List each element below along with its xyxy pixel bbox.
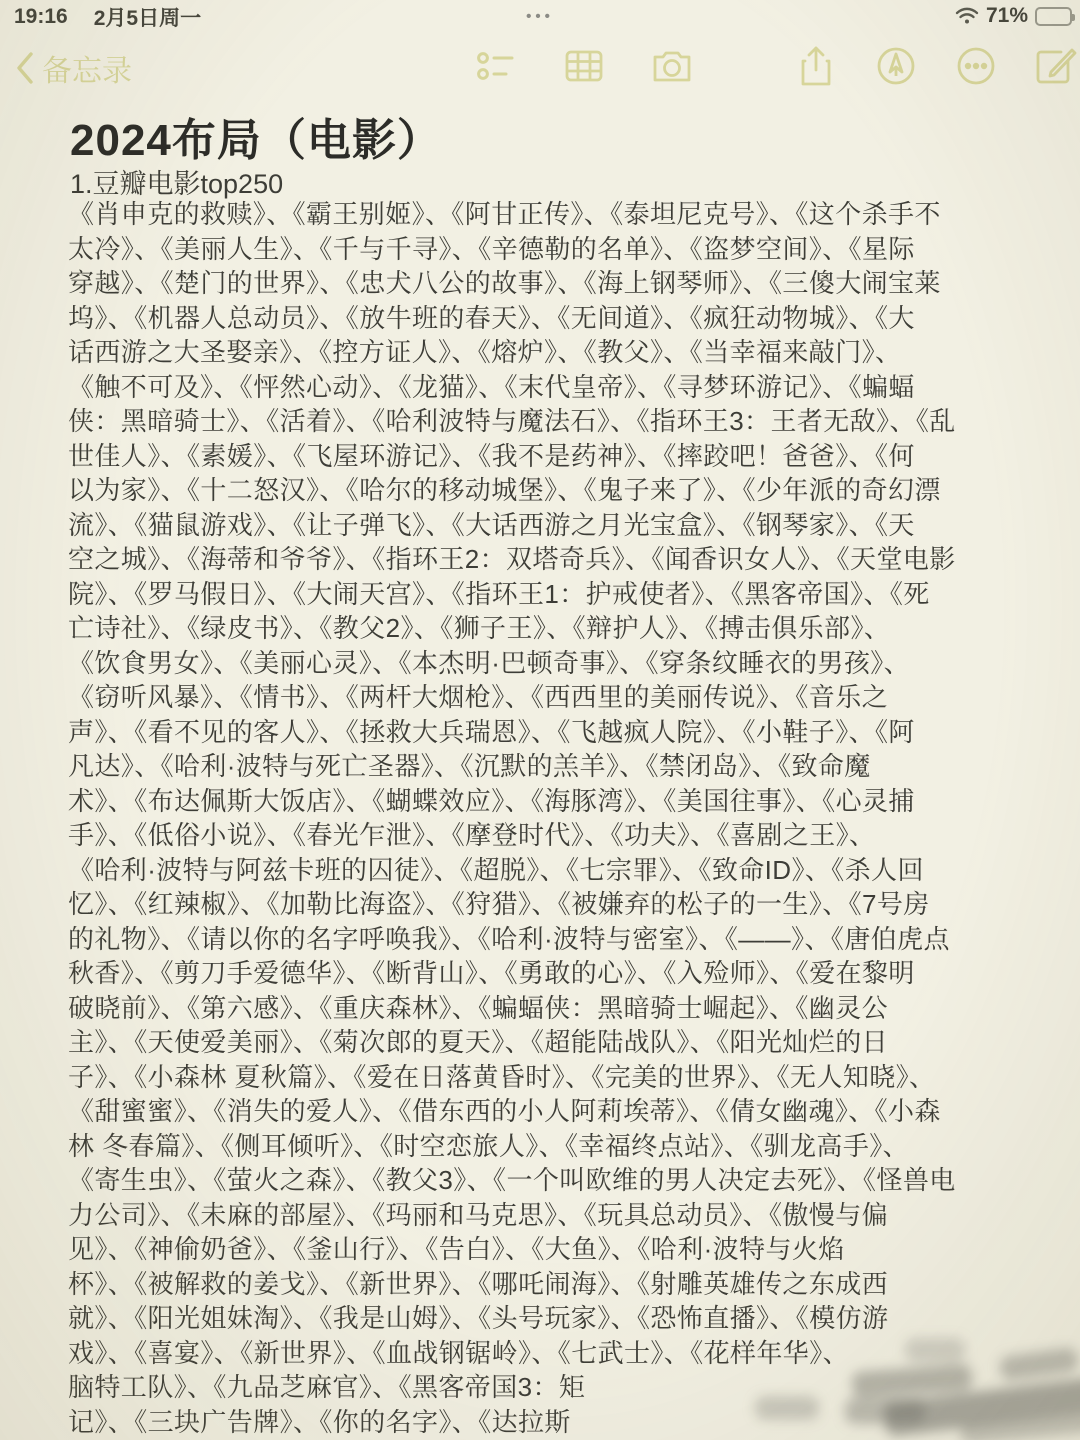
note-line: 凡达》、《哈利·波特与死亡圣器》、《沉默的羔羊》、《禁闭岛》、《致命魔	[68, 749, 1048, 784]
note-line: 院》、《罗马假日》、《大闹天宫》、《指环王1：护戒使者》、《黑客帝国》、《死	[68, 577, 1048, 612]
note-line: 《触不可及》、《怦然心动》、《龙猫》、《末代皇帝》、《寻梦环游记》、《蝙蝠	[68, 370, 1048, 405]
markup-icon	[875, 45, 917, 87]
note-line: 坞》、《机器人总动员》、《放牛班的春天》、《无间道》、《疯狂动物城》、《大	[68, 301, 1048, 336]
note-line: 破晓前》、《第六感》、《重庆森林》、《蝙蝠侠：黑暗骑士崛起》、《幽灵公	[68, 991, 1048, 1026]
more-icon	[955, 45, 997, 87]
note-line: 杯》、《被解救的姜戈》、《新世界》、《哪吒闹海》、《射雕英雄传之东成西	[68, 1267, 1048, 1302]
camera-button[interactable]	[650, 44, 694, 88]
note-line: 《哈利·波特与阿兹卡班的囚徒》、《超脱》、《七宗罪》、《致命ID》、《杀人回	[68, 853, 1048, 888]
status-date: 2月5日周一	[94, 2, 201, 32]
back-label: 备忘录	[42, 46, 132, 90]
note-editor[interactable]: 2024布局（电影） 1.豆瓣电影top250 《肖申克的救赎》、《霸王别姬》、…	[0, 96, 1080, 1440]
note-line: 穿越》、《楚门的世界》、《忠犬八公的故事》、《海上钢琴师》、《三傻大闹宝莱	[68, 266, 1048, 301]
table-icon	[564, 48, 604, 84]
back-button[interactable]: 备忘录	[16, 46, 132, 90]
note-line: 世佳人》、《素媛》、《飞屋环游记》、《我不是药神》、《摔跤吧！爸爸》、《何	[68, 439, 1048, 474]
note-line: 《窃听风暴》、《情书》、《两杆大烟枪》、《西西里的美丽传说》、《音乐之	[68, 680, 1048, 715]
note-line: 以为家》、《十二怒汉》、《哈尔的移动城堡》、《鬼子来了》、《少年派的奇幻漂	[68, 473, 1048, 508]
note-line: 就》、《阳光姐妹淘》、《我是山姆》、《头号玩家》、《恐怖直播》、《模仿游	[68, 1301, 1048, 1336]
note-subtitle: 1.豆瓣电影top250	[70, 162, 283, 201]
note-line: 的礼物》、《请以你的名字呼唤我》、《哈利·波特与密室》、《——》、《唐伯虎点	[68, 922, 1048, 957]
note-line: 侠：黑暗骑士》、《活着》、《哈利波特与魔法石》、《指环王3：王者无敌》、《乱	[68, 404, 1048, 439]
note-body: 《肖申克的救赎》、《霸王别姬》、《阿甘正传》、《泰坦尼克号》、《这个杀手不太冷》…	[68, 197, 1048, 1439]
checklist-icon	[476, 48, 516, 84]
wifi-icon	[955, 7, 979, 25]
compose-button[interactable]	[1034, 44, 1078, 88]
note-line: 话西游之大圣娶亲》、《控方证人》、《熔炉》、《教父》、《当幸福来敲门》、	[68, 335, 1048, 370]
battery-icon	[1035, 7, 1072, 26]
note-line: 林 冬春篇》、《侧耳倾听》、《时空恋旅人》、《幸福终点站》、《驯龙高手》、	[68, 1129, 1048, 1164]
note-line: 脑特工队》、《九品芝麻官》、《黑客帝国3：矩	[68, 1370, 1048, 1405]
note-line: 《甜蜜蜜》、《消失的爱人》、《借东西的小人阿莉埃蒂》、《倩女幽魂》、《小森	[68, 1094, 1048, 1129]
note-line: 见》、《神偷奶爸》、《釜山行》、《告白》、《大鱼》、《哈利·波特与火焰	[68, 1232, 1048, 1267]
note-line: 《寄生虫》、《萤火之森》、《教父3》、《一个叫欧维的男人决定去死》、《怪兽电	[68, 1163, 1048, 1198]
note-line: 主》、《天使爱美丽》、《菊次郎的夏天》、《超能陆战队》、《阳光灿烂的日	[68, 1025, 1048, 1060]
more-button[interactable]	[954, 44, 998, 88]
note-title: 2024布局（电影）	[70, 104, 442, 168]
note-line: 术》、《布达佩斯大饭店》、《蝴蝶效应》、《海豚湾》、《美国往事》、《心灵捕	[68, 784, 1048, 819]
share-button[interactable]	[794, 44, 838, 88]
note-line: 忆》、《红辣椒》、《加勒比海盗》、《狩猎》、《被嫌弃的松子的一生》、《7号房	[68, 887, 1048, 922]
share-icon	[799, 46, 833, 86]
note-line: 流》、《猫鼠游戏》、《让子弹飞》、《大话西游之月光宝盒》、《钢琴家》、《天	[68, 508, 1048, 543]
note-line: 亡诗社》、《绿皮书》、《教父2》、《狮子王》、《辩护人》、《搏击俱乐部》、	[68, 611, 1048, 646]
status-time: 19:16	[14, 5, 68, 29]
note-line: 手》、《低俗小说》、《春光乍泄》、《摩登时代》、《功夫》、《喜剧之王》、	[68, 818, 1048, 853]
checklist-button[interactable]	[474, 44, 518, 88]
note-line: 力公司》、《未麻的部屋》、《玛丽和马克思》、《玩具总动员》、《傲慢与偏	[68, 1198, 1048, 1233]
note-line: 《饮食男女》、《美丽心灵》、《本杰明·巴顿奇事》、《穿条纹睡衣的男孩》、	[68, 646, 1048, 681]
note-line: 子》、《小森林 夏秋篇》、《爱在日落黄昏时》、《完美的世界》、《无人知晓》、	[68, 1060, 1048, 1095]
status-bar: 19:16 2月5日周一 ••• 71%	[0, 0, 1080, 30]
table-button[interactable]	[562, 44, 606, 88]
note-line: 声》、《看不见的客人》、《拯救大兵瑞恩》、《飞越疯人院》、《小鞋子》、《阿	[68, 715, 1048, 750]
note-line: 记》、《三块广告牌》、《你的名字》、《达拉斯	[68, 1405, 1048, 1440]
note-line: 戏》、《喜宴》、《新世界》、《血战钢锯岭》、《七武士》、《花样年华》、	[68, 1336, 1048, 1371]
note-line: 空之城》、《海蒂和爷爷》、《指环王2：双塔奇兵》、《闻香识女人》、《天堂电影	[68, 542, 1048, 577]
camera-icon	[651, 48, 693, 84]
note-line: 秋香》、《剪刀手爱德华》、《断背山》、《勇敢的心》、《入殓师》、《爱在黎明	[68, 956, 1048, 991]
note-line: 太冷》、《美丽人生》、《千与千寻》、《辛德勒的名单》、《盗梦空间》、《星际	[68, 232, 1048, 267]
markup-button[interactable]	[874, 44, 918, 88]
gesture-handle-dots: •••	[526, 8, 554, 25]
notes-toolbar: 备忘录	[0, 34, 1080, 100]
compose-icon	[1035, 45, 1077, 87]
battery-percent: 71%	[986, 4, 1028, 28]
note-line: 《肖申克的救赎》、《霸王别姬》、《阿甘正传》、《泰坦尼克号》、《这个杀手不	[68, 197, 1048, 232]
back-chevron-icon	[16, 52, 34, 84]
